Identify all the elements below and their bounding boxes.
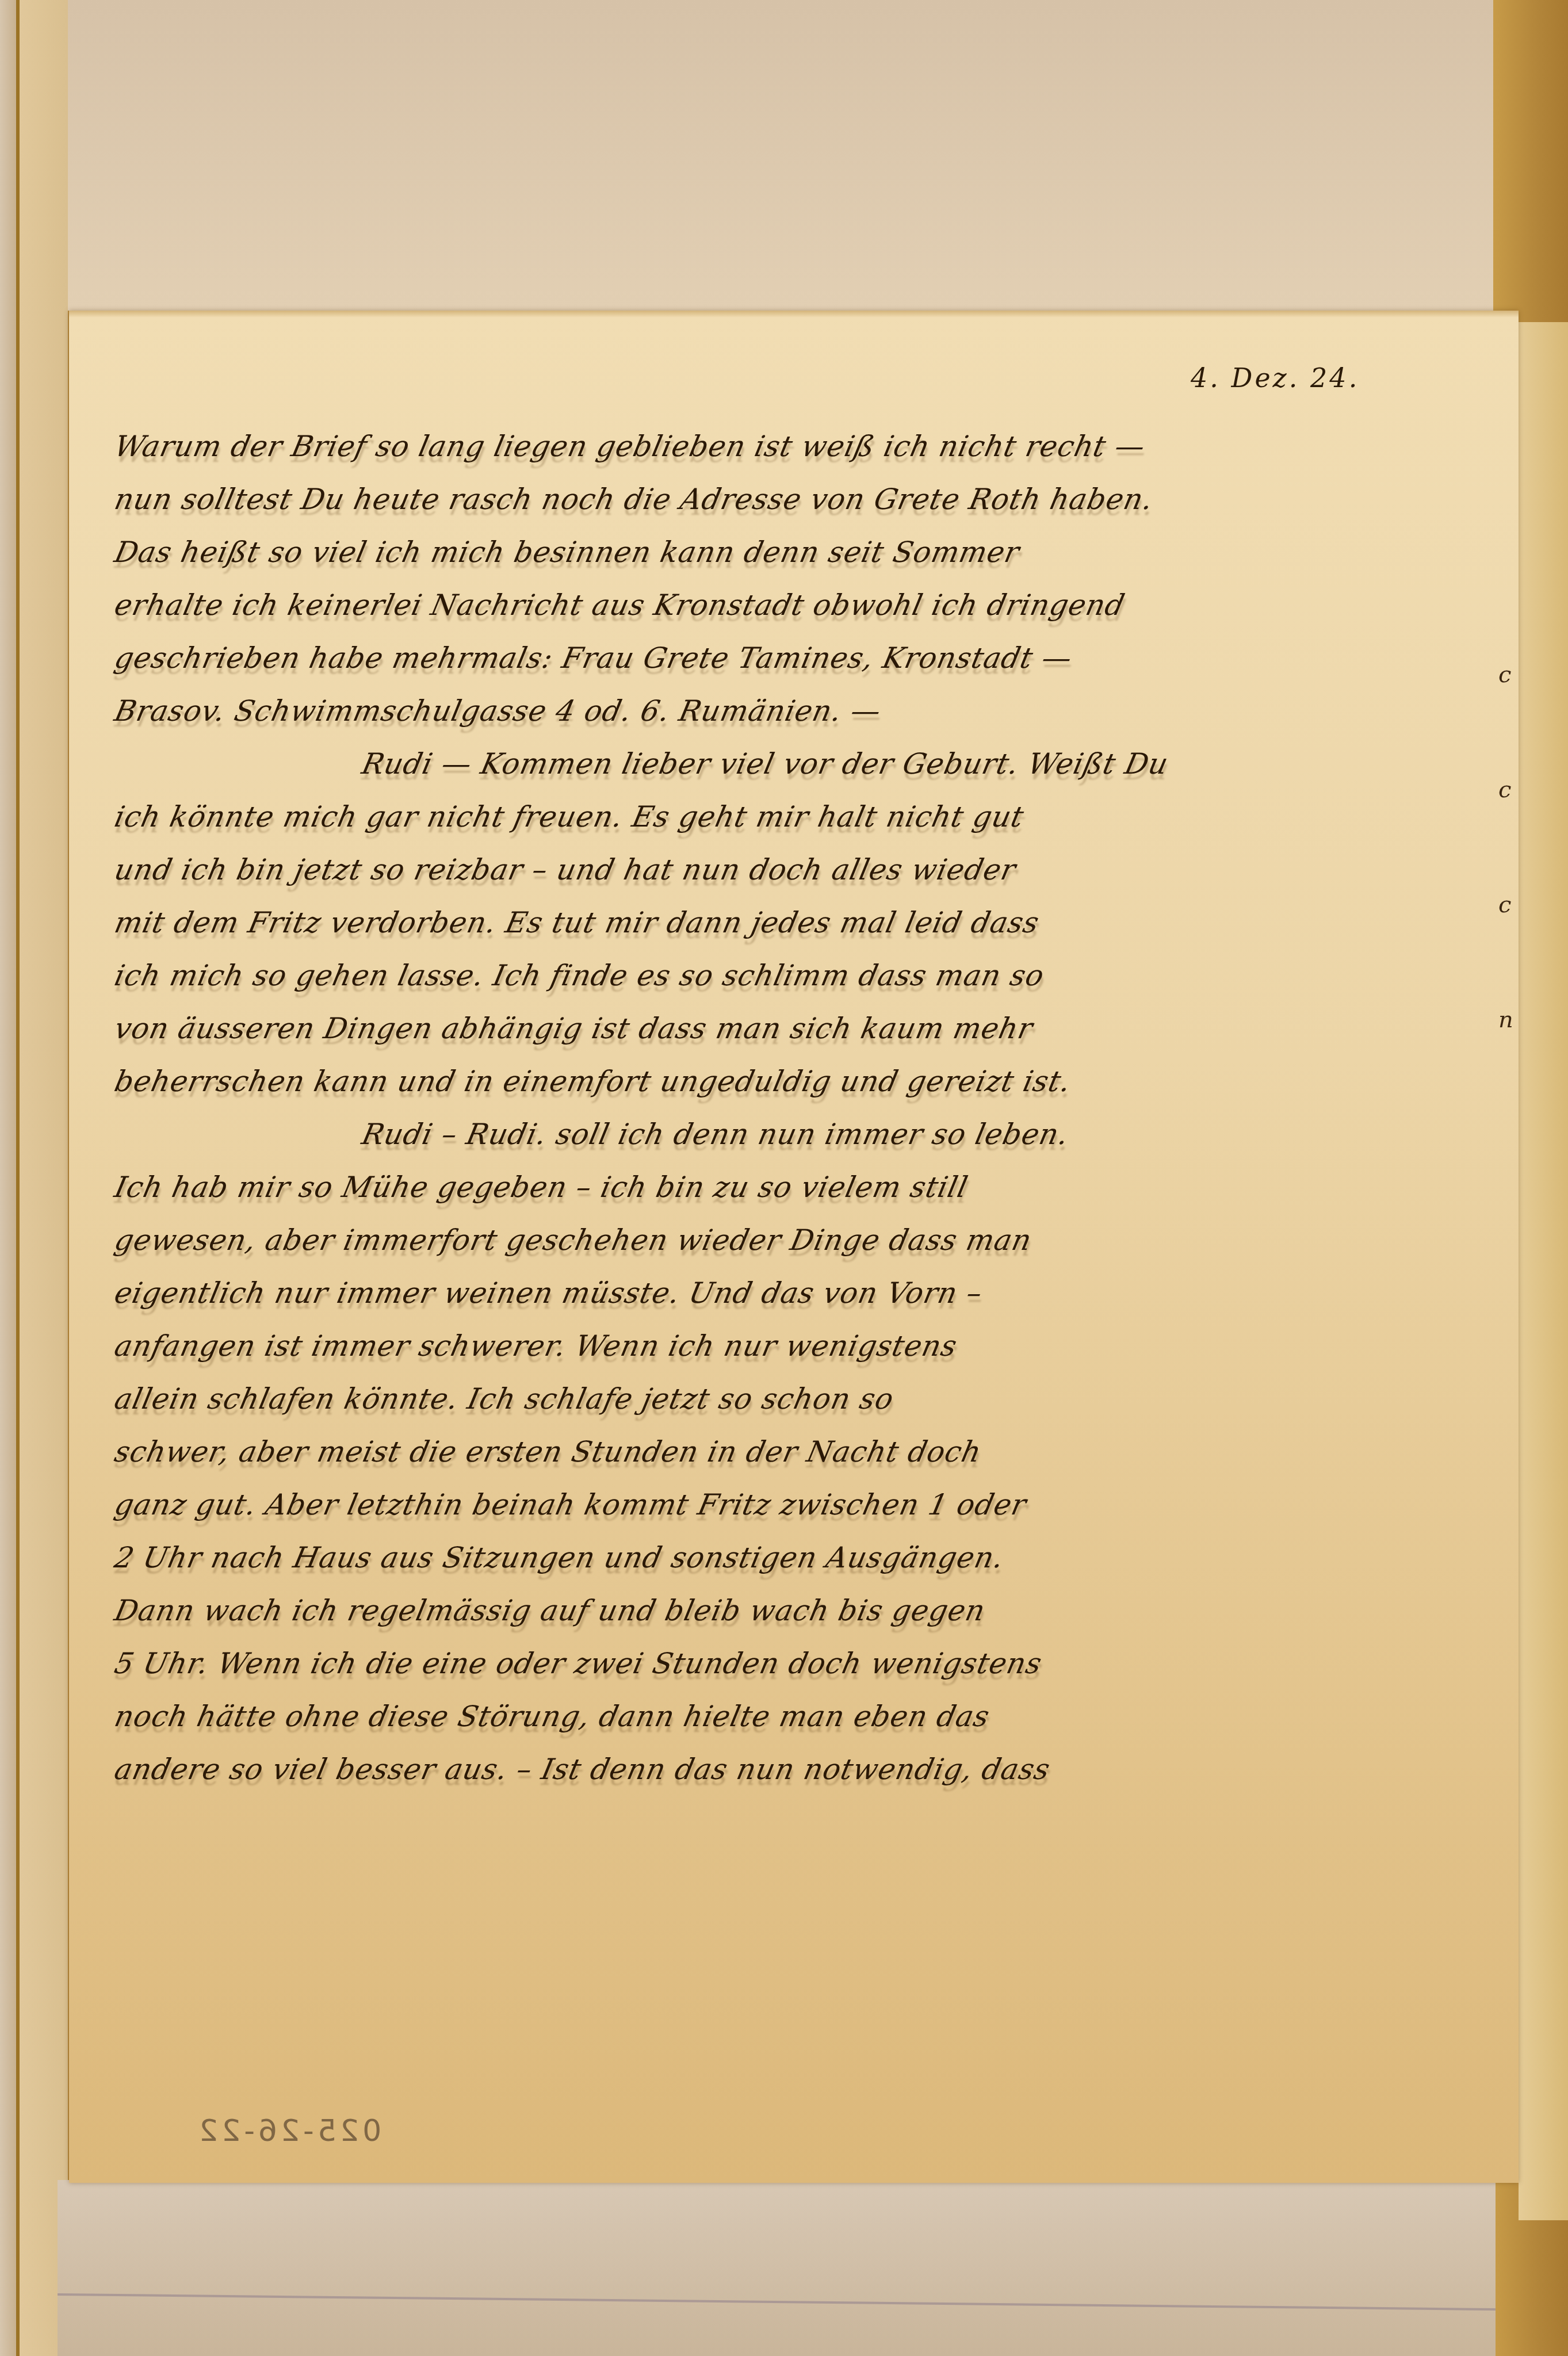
text-line: allein schlafen könnte. Ich schlafe jetz…	[109, 1372, 1490, 1425]
text-line: nun solltest Du heute rasch noch die Adr…	[109, 473, 1490, 526]
archive-number: 025-26-22	[196, 2114, 381, 2148]
text-line: andere so viel besser aus. – Ist denn da…	[109, 1743, 1490, 1796]
paragraph-start-line: Rudi – Rudi. soll ich denn nun immer so …	[109, 1108, 1490, 1161]
text-line: noch hätte ohne diese Störung, dann hiel…	[109, 1690, 1490, 1743]
margin-mark: c	[1498, 892, 1521, 1007]
text-line: Warum der Brief so lang liegen geblieben…	[109, 420, 1490, 473]
text-line: 5 Uhr. Wenn ich die eine oder zwei Stund…	[109, 1637, 1490, 1690]
letter-body: Warum der Brief so lang liegen geblieben…	[115, 420, 1484, 1796]
text-line: erhalte ich keinerlei Nachricht aus Kron…	[109, 579, 1490, 632]
margin-mark: n	[1498, 1007, 1521, 1122]
text-line: schwer, aber meist die ersten Stunden in…	[109, 1425, 1490, 1478]
text-line: 2 Uhr nach Haus aus Sitzungen und sonsti…	[109, 1531, 1490, 1584]
text-line: anfangen ist immer schwerer. Wenn ich nu…	[109, 1319, 1490, 1372]
sheet-fold-line	[58, 2293, 1496, 2311]
background-sheet-left-inner	[20, 0, 68, 2356]
text-line: und ich bin jetzt so reizbar – und hat n…	[109, 843, 1490, 896]
text-line: ich mich so gehen lasse. Ich finde es so…	[109, 949, 1490, 1002]
text-line: eigentlich nur immer weinen müsste. Und …	[109, 1267, 1490, 1319]
backing-sheet-bottom	[58, 2180, 1496, 2356]
background-sheet-left	[0, 0, 16, 2356]
text-line: gewesen, aber immerfort geschehen wieder…	[109, 1214, 1490, 1267]
text-line: Brasov. Schwimmschulgasse 4 od. 6. Rumän…	[109, 684, 1490, 737]
paragraph-start-line: Rudi — Kommen lieber viel vor der Geburt…	[109, 737, 1490, 790]
text-line: ganz gut. Aber letzthin beinah kommt Fri…	[109, 1478, 1490, 1531]
text-line: von äusseren Dingen abhängig ist dass ma…	[109, 1002, 1490, 1055]
margin-mark: c	[1498, 661, 1521, 777]
letter-date: 4. Dez. 24.	[1191, 362, 1359, 393]
page-top-edge	[69, 311, 1519, 318]
letter-page: 4. Dez. 24. Warum der Brief so lang lieg…	[69, 311, 1519, 2183]
text-line: Ich hab mir so Mühe gegeben – ich bin zu…	[109, 1161, 1490, 1214]
backing-sheet-top	[68, 0, 1493, 311]
text-line: mit dem Fritz verdorben. Es tut mir dann…	[109, 896, 1490, 949]
text-line: Das heißt so viel ich mich besinnen kann…	[109, 526, 1490, 579]
margin-mark: c	[1498, 777, 1521, 892]
text-line: Dann wach ich regelmässig auf und bleib …	[109, 1584, 1490, 1637]
underlying-page-margin-text: c c c n	[1498, 661, 1521, 1122]
underlying-sheet-right	[1519, 322, 1568, 2220]
text-line: geschrieben habe mehrmals: Frau Grete Ta…	[109, 632, 1490, 684]
text-line: ich könnte mich gar nicht freuen. Es geh…	[109, 790, 1490, 843]
text-line: beherrschen kann und in einemfort ungedu…	[109, 1055, 1490, 1108]
